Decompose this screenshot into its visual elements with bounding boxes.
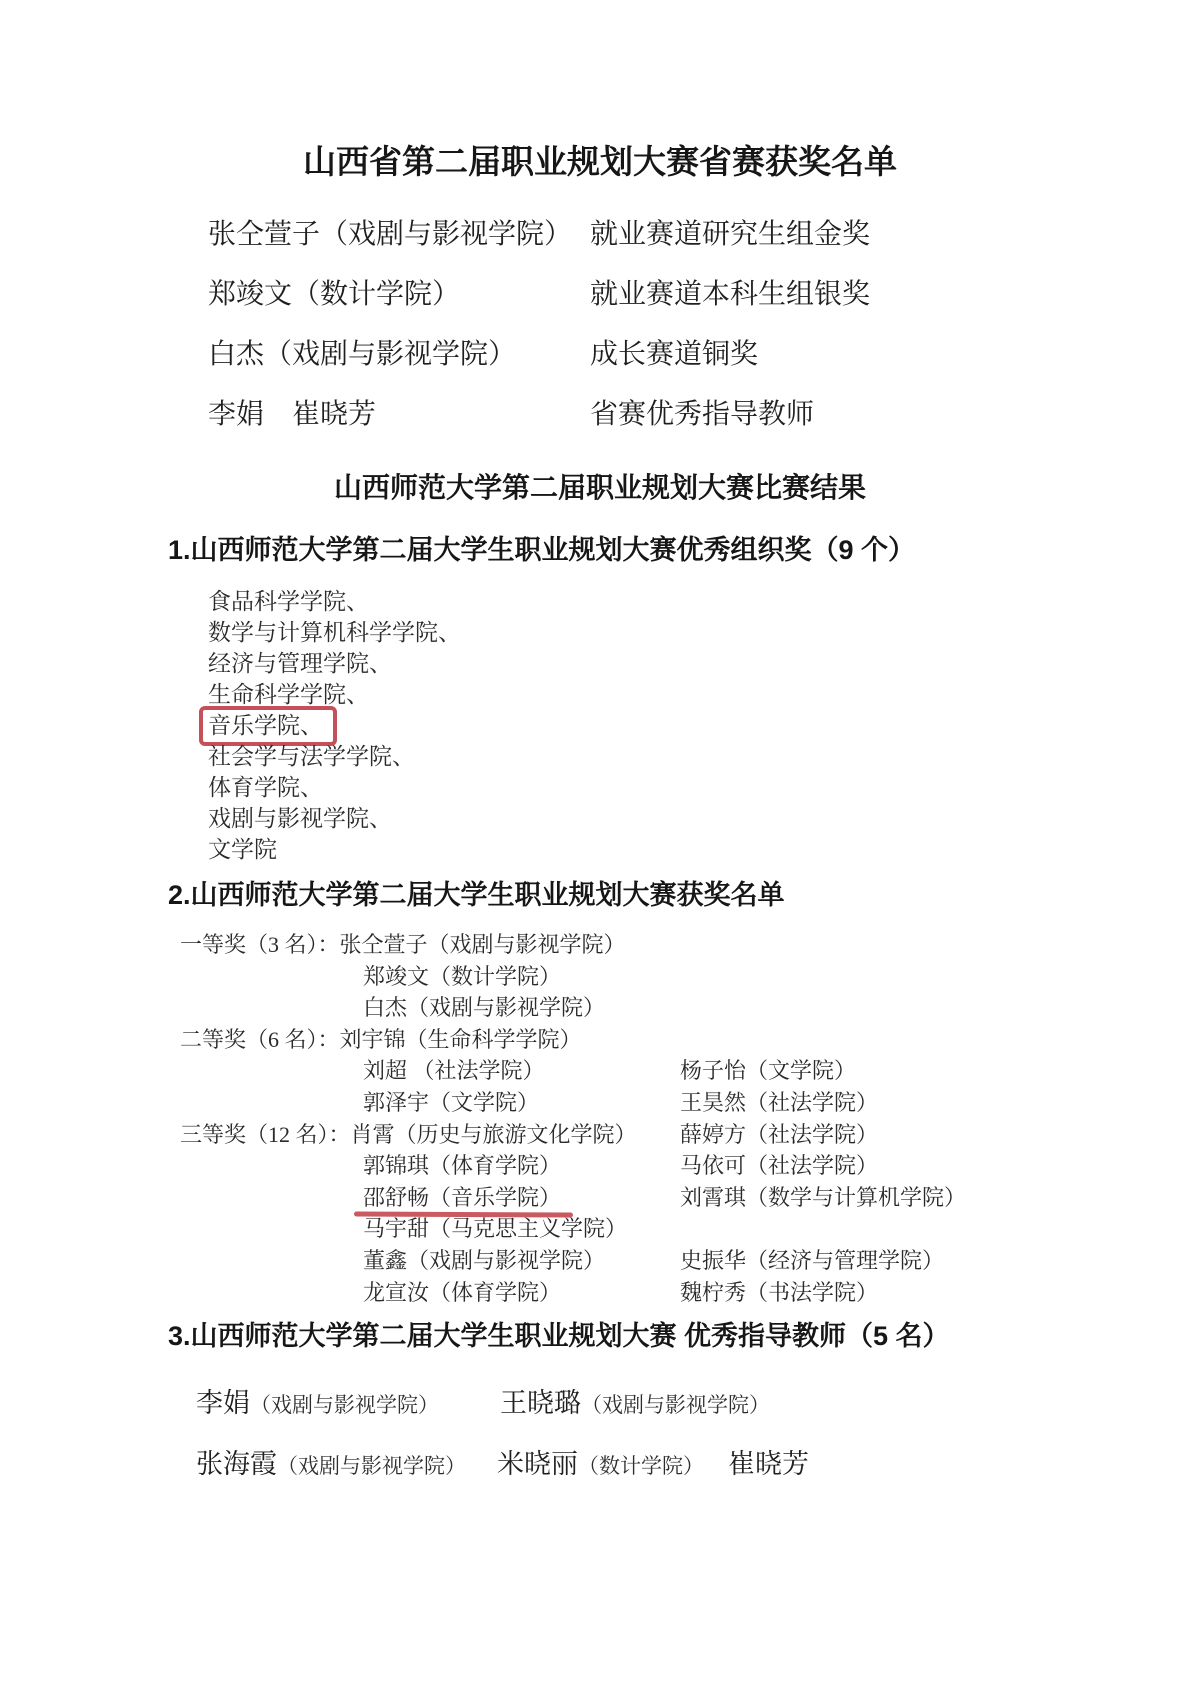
teacher-row: 李娟（戏剧与影视学院） 王晓璐（戏剧与影视学院） <box>0 1386 1200 1426</box>
award-title: 成长赛道铜奖 <box>590 338 758 372</box>
college-item: 戏剧与影视学院、 <box>0 803 1200 834</box>
college-name: 文学院 <box>208 837 277 862</box>
winner-name: 李娟 崔晓芳 <box>208 398 590 432</box>
winner-col-1: 刘超 （社法学院） <box>363 1058 545 1083</box>
winner-col-1: 郭锦琪（体育学院） <box>363 1153 561 1178</box>
winner-col-2: 王昊然（社法学院） <box>680 1087 878 1119</box>
teacher-entry: 米晓丽（数计学院） <box>497 1447 704 1483</box>
award-row: 董鑫（戏剧与影视学院）史振华（经济与管理学院） <box>0 1245 1200 1277</box>
award-row: 一等奖（3 名）：张仝萱子（戏剧与影视学院） <box>0 929 1200 961</box>
winner-col-1: 张仝萱子（戏剧与影视学院） <box>340 932 626 957</box>
award-row: 三等奖（12 名）：肖霄（历史与旅游文化学院）薛婷方（社法学院） <box>0 1119 1200 1151</box>
winner-col-1: 马宇甜（马克思主义学院） <box>363 1216 627 1241</box>
doc-title: 山西省第二届职业规划大赛省赛获奖名单 <box>0 143 1200 181</box>
document-page: 山西省第二届职业规划大赛省赛获奖名单 张仝萱子（戏剧与影视学院）就业赛道研究生组… <box>0 0 1200 1694</box>
winner-col-2: 刘霄琪（数学与计算机学院） <box>680 1182 966 1214</box>
teacher-name: 张海霞 <box>196 1449 277 1479</box>
winner-col-1: 龙宣汝（体育学院） <box>363 1280 561 1305</box>
winner-col-1: 刘宇锦（生命科学学院） <box>340 1027 582 1052</box>
award-tier-label: 一等奖（3 名）： <box>180 932 340 957</box>
college-name: 音乐学院、 <box>208 713 323 738</box>
teacher-affiliation: （数计学院） <box>578 1454 704 1478</box>
college-item: 社会学与法学学院、 <box>0 741 1200 772</box>
college-item: 数学与计算机科学学院、 <box>0 617 1200 648</box>
award-row: 白杰（戏剧与影视学院） <box>0 992 1200 1024</box>
teacher-entry: 李娟（戏剧与影视学院） <box>196 1386 439 1422</box>
college-list: 食品科学学院、 数学与计算机科学学院、 经济与管理学院、 生命科学学院、 音乐学… <box>0 586 1200 865</box>
winner-name: 张仝萱子（戏剧与影视学院） <box>208 218 590 252</box>
province-award-row: 郑竣文（数计学院）就业赛道本科生组银奖 <box>0 278 1200 312</box>
teacher-affiliation: （戏剧与影视学院） <box>250 1393 439 1417</box>
college-name: 戏剧与影视学院、 <box>208 806 392 831</box>
teacher-affiliation: （戏剧与影视学院） <box>277 1454 466 1478</box>
winner-col-2: 杨子怡（文学院） <box>680 1055 856 1087</box>
award-row: 刘超 （社法学院）杨子怡（文学院） <box>0 1055 1200 1087</box>
college-name: 生命科学学院、 <box>208 682 369 707</box>
winner-name: 郑竣文（数计学院） <box>208 278 590 312</box>
college-item: 生命科学学院、 <box>0 679 1200 710</box>
award-row: 郭锦琪（体育学院）马依可（社法学院） <box>0 1150 1200 1182</box>
winner-col-1: 郑竣文（数计学院） <box>363 964 561 989</box>
award-title: 就业赛道本科生组银奖 <box>590 278 870 312</box>
college-item: 文学院 <box>0 834 1200 865</box>
award-tier-label: 二等奖（6 名）： <box>180 1027 340 1052</box>
award-row: 郭泽宇（文学院）王昊然（社法学院） <box>0 1087 1200 1119</box>
teacher-affiliation: （戏剧与影视学院） <box>581 1393 770 1417</box>
award-table: 一等奖（3 名）：张仝萱子（戏剧与影视学院） 郑竣文（数计学院） 白杰（戏剧与影… <box>0 929 1200 1308</box>
winner-col-1: 董鑫（戏剧与影视学院） <box>363 1248 605 1273</box>
award-row: 邵舒畅（音乐学院）刘霄琪（数学与计算机学院） <box>0 1182 1200 1214</box>
teacher-entry: 崔晓芳 <box>728 1447 809 1483</box>
red-box-annotation: 音乐学院、 <box>199 706 337 746</box>
province-award-row: 李娟 崔晓芳省赛优秀指导教师 <box>0 398 1200 432</box>
section-3-heading: 3.山西师范大学第二届大学生职业规划大赛 优秀指导教师（5 名） <box>168 1319 1160 1353</box>
college-name: 食品科学学院、 <box>208 589 369 614</box>
winner-col-2: 史振华（经济与管理学院） <box>680 1245 944 1277</box>
award-row: 马宇甜（马克思主义学院）王铭嵘（音乐学院） <box>0 1213 1200 1245</box>
college-name: 体育学院、 <box>208 775 323 800</box>
teacher-entry: 张海霞（戏剧与影视学院） <box>196 1447 466 1483</box>
province-award-row: 白杰（戏剧与影视学院）成长赛道铜奖 <box>0 338 1200 372</box>
section-2-heading: 2.山西师范大学第二届大学生职业规划大赛获奖名单 <box>168 878 1160 912</box>
award-row: 二等奖（6 名）：刘宇锦（生命科学学院）宋子怡（音乐学院） <box>0 1024 1200 1056</box>
college-name: 经济与管理学院、 <box>208 651 392 676</box>
college-name: 社会学与法学学院、 <box>208 744 415 769</box>
winner-col-1: 白杰（戏剧与影视学院） <box>363 995 605 1020</box>
winner-col-2: 魏柠秀（书法学院） <box>680 1277 878 1309</box>
award-title: 省赛优秀指导教师 <box>590 398 814 432</box>
teacher-name: 李娟 <box>196 1388 250 1418</box>
teacher-name: 米晓丽 <box>497 1449 578 1479</box>
college-item: 体育学院、 <box>0 772 1200 803</box>
winner-col-2: 薛婷方（社法学院） <box>680 1119 878 1151</box>
college-item-highlighted: 音乐学院、 <box>0 710 1200 741</box>
province-award-row: 张仝萱子（戏剧与影视学院）就业赛道研究生组金奖 <box>0 218 1200 252</box>
award-row: 郑竣文（数计学院） <box>0 961 1200 993</box>
winner-name: 白杰（戏剧与影视学院） <box>208 338 590 372</box>
winner-col-1: 肖霄（历史与旅游文化学院） <box>351 1122 637 1147</box>
winner-col-1: 郭泽宇（文学院） <box>363 1090 539 1115</box>
teacher-name: 崔晓芳 <box>728 1449 809 1479</box>
red-underline-annotation: 邵舒畅（音乐学院） <box>363 1182 561 1214</box>
award-title: 就业赛道研究生组金奖 <box>590 218 870 252</box>
doc-subtitle: 山西师范大学第二届职业规划大赛比赛结果 <box>0 470 1200 506</box>
college-item: 食品科学学院、 <box>0 586 1200 617</box>
college-name: 数学与计算机科学学院、 <box>208 620 461 645</box>
teacher-name: 王晓璐 <box>500 1388 581 1418</box>
award-row: 龙宣汝（体育学院）魏柠秀（书法学院） <box>0 1277 1200 1309</box>
award-tier-label: 三等奖（12 名）： <box>180 1122 351 1147</box>
teacher-row: 张海霞（戏剧与影视学院） 米晓丽（数计学院） 崔晓芳 <box>0 1447 1200 1487</box>
section-1-heading: 1.山西师范大学第二届大学生职业规划大赛优秀组织奖（9 个） <box>168 533 1160 567</box>
college-item: 经济与管理学院、 <box>0 648 1200 679</box>
province-award-list: 张仝萱子（戏剧与影视学院）就业赛道研究生组金奖 郑竣文（数计学院）就业赛道本科生… <box>0 218 1200 458</box>
winner-col-2: 马依可（社法学院） <box>680 1150 878 1182</box>
teacher-entry: 王晓璐（戏剧与影视学院） <box>500 1386 770 1422</box>
